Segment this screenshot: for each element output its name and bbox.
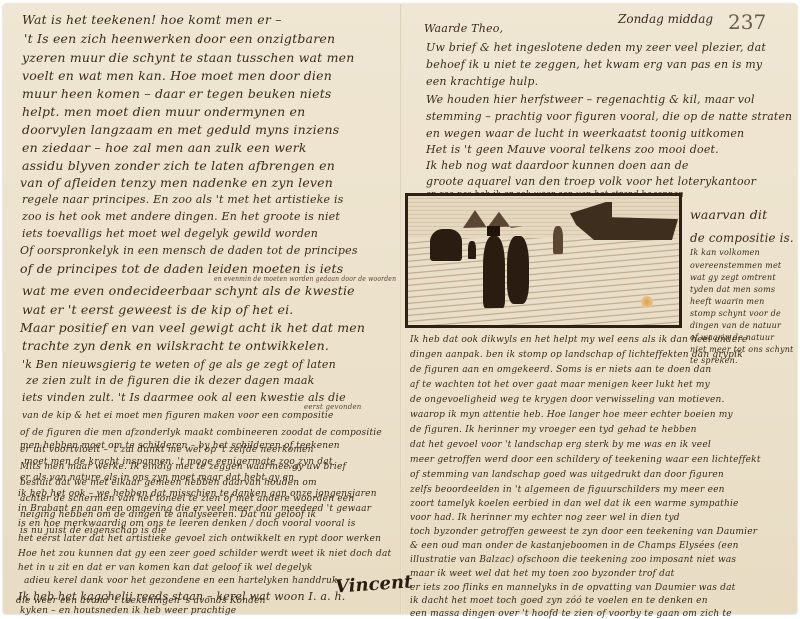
text-line: een krachtige hulp. bbox=[426, 75, 538, 88]
text-line: voelt en wat men kan. Hoe moet men door … bbox=[22, 68, 332, 83]
text-line: 'k Ben nieuwsgierig te weten of ge als g… bbox=[22, 358, 336, 371]
text-line: af te wachten tot het over gaat maar men… bbox=[410, 380, 710, 390]
text-line: Het is 't geen Mauve vooral telkens zoo … bbox=[426, 143, 719, 156]
text-line: Of oorspronkelyk in een mensch de daden … bbox=[20, 244, 358, 257]
salutation: Waarde Theo, bbox=[424, 22, 503, 35]
text-line: regele naar principes. En zoo als 't met… bbox=[22, 193, 344, 206]
text-line: 't Is een zich heenwerken door een onzig… bbox=[24, 31, 335, 46]
text-line: wat er 't eerst geweest is de kip of het… bbox=[22, 302, 293, 317]
text-line: dingen aanpak. ben ik stomp op landschap… bbox=[410, 350, 743, 360]
distant-figure bbox=[553, 226, 563, 254]
text-line: iets toevalligs het moet wel degelyk gew… bbox=[22, 227, 318, 240]
small-figure bbox=[468, 241, 476, 259]
page-number: 237 bbox=[728, 10, 766, 34]
text-line: is en hoe merkwaardig om ons te leeren d… bbox=[18, 519, 356, 529]
text-line: overeenstemmen met bbox=[690, 261, 781, 270]
text-line: dat het gevoel voor 't landschap erg ste… bbox=[410, 440, 711, 450]
text-line: van of afleiden tenzy men nadenke en zyn… bbox=[20, 175, 333, 190]
ink-stain bbox=[641, 296, 653, 308]
text-line: voor had. Ik herinner my echter nog zeer… bbox=[410, 513, 680, 523]
insertion-text: eerst gevonden bbox=[304, 403, 362, 411]
text-line: de ongevoeligheid weg te krygen door ver… bbox=[410, 395, 725, 405]
text-line: yzeren muur die schynt te staan tusschen… bbox=[22, 50, 354, 65]
text-line: ik heb het ook – we hebben dat misschien… bbox=[18, 489, 377, 499]
text-line: waarop ik myn attentie heb. Hoe langer h… bbox=[410, 410, 733, 420]
woman-figure bbox=[507, 236, 529, 304]
text-line: zelfs beoordeelden in 't algemeen de fig… bbox=[410, 485, 725, 495]
text-line: behoef ik u niet te zeggen, het kwam erg… bbox=[426, 58, 762, 71]
text-line: men hebben moet om te schilderen – by he… bbox=[20, 441, 340, 451]
text-line: of stemming van landschap goed was uitge… bbox=[410, 470, 724, 480]
text-line: en wegen waar de lucht in weerkaatst too… bbox=[426, 127, 744, 140]
text-line: de figuren aan en omgekeerd. Soms is er … bbox=[410, 365, 711, 375]
text-line: de compositie is. bbox=[690, 230, 794, 245]
text-line: en ziedaar – hoe zal men aan zulk een we… bbox=[22, 140, 307, 155]
text-line: moet men de kracht inspannen. 't moge ee… bbox=[24, 457, 333, 467]
text-line: het in u zit en dat er van komen kan dat… bbox=[18, 563, 313, 573]
text-line: tyden dat men soms bbox=[690, 285, 775, 294]
text-line: waarvan dit bbox=[690, 207, 767, 222]
text-line: ik dacht het moet toch goed zyn zóó te v… bbox=[410, 596, 708, 606]
text-line: er iets zoo flinks en mannelyks in de op… bbox=[410, 583, 735, 593]
text-line: kyken – en houtsneden ik heb weer pracht… bbox=[20, 606, 236, 616]
text-line: wat gy zegt omtrent bbox=[690, 273, 776, 282]
ink-sketch-beach-scene bbox=[405, 193, 682, 328]
text-line: stemming – prachtig voor figuren vooral,… bbox=[426, 110, 792, 123]
text-line: of de principes tot de daden leiden moet… bbox=[20, 261, 343, 276]
text-line: zoort tamelyk koelen eerbied in dan wel … bbox=[410, 499, 739, 509]
insertion-text: vol bbox=[288, 463, 299, 471]
text-line: Uw brief & het ingeslotene deden my zeer… bbox=[426, 41, 766, 54]
text-line: We houden hier herfstweer – regenachtig … bbox=[426, 93, 755, 106]
text-line: in Brabant en aan een omgeving die er ve… bbox=[18, 504, 371, 514]
text-line: of de figuren die men afzonderlyk maakt … bbox=[20, 428, 382, 438]
text-line: maar ik weet wel dat het my toen zoo byz… bbox=[410, 569, 675, 579]
text-line: van de kip & het ei moet men figuren mak… bbox=[22, 411, 334, 421]
text-line: een massa dingen over 't hoofd te zien o… bbox=[410, 609, 732, 619]
text-line: helpt. men moet dien muur ondermynen en bbox=[22, 104, 305, 119]
text-line: heeft waarin men bbox=[690, 297, 764, 306]
text-line: & een oud man onder de kastanjeboomen in… bbox=[410, 541, 739, 551]
text-line: iets vinden zult. 't Is daarmee ook al e… bbox=[22, 391, 346, 404]
text-line: ze zien zult in de figuren die ik dezer … bbox=[26, 374, 315, 387]
insertion-text: en evenmin de moeten worden gedaan door … bbox=[214, 275, 396, 283]
text-line: illustratie van Balzac) ofschoon die tee… bbox=[410, 555, 736, 565]
text-line: assidu blyven zonder zich te laten afbre… bbox=[22, 158, 335, 173]
man-figure bbox=[483, 236, 505, 308]
text-line: toch byzonder getroffen geweest te zyn d… bbox=[410, 527, 757, 537]
text-line: stomp schynt voor de bbox=[690, 309, 781, 318]
text-line: Maar positief en van veel gewigt acht ik… bbox=[20, 320, 365, 335]
text-line: meer getroffen werd door een schildery o… bbox=[410, 455, 761, 465]
text-line: dingen van de natuur bbox=[690, 321, 781, 330]
text-line: Wat is het teekenen! hoe komt men er – bbox=[22, 12, 282, 27]
text-line: die weer een avond 't teekeningen 's avo… bbox=[16, 596, 266, 606]
text-line: het eerst later dat het artistieke gevoe… bbox=[18, 534, 381, 544]
text-line: er als van nature als in ons zyn moet ma… bbox=[20, 473, 294, 483]
text-line: adieu kerel dank voor het gezondene en e… bbox=[24, 576, 341, 586]
text-line: groote aquarel van den troep volk voor h… bbox=[426, 175, 756, 188]
group-of-figures bbox=[430, 229, 462, 261]
text-line: zoo is het ook met andere dingen. En het… bbox=[22, 210, 340, 223]
text-line: de figuren. Ik herinner my vroeger een t… bbox=[410, 425, 697, 435]
text-line: Ik kan volkomen bbox=[690, 248, 760, 257]
letter-date: Zondag middag bbox=[618, 12, 713, 26]
text-line: muur heen komen – daar er tegen beuken n… bbox=[22, 86, 332, 101]
top-hat bbox=[487, 226, 500, 236]
text-line: Ik heb dat ook dikwyls en het helpt my w… bbox=[410, 335, 747, 345]
page-fold bbox=[400, 4, 402, 614]
text-line: trachte zyn denk en wilskracht te ontwik… bbox=[22, 338, 329, 353]
text-line: wat me even ondecideerbaar schynt als de… bbox=[22, 283, 355, 298]
text-line: Hoe het zou kunnen dat gy een zeer goed … bbox=[18, 549, 391, 559]
text-line: doorvylen langzaam en met geduld myns in… bbox=[22, 122, 339, 137]
text-line: Ik heb nog wat daardoor kunnen doen aan … bbox=[426, 159, 689, 172]
